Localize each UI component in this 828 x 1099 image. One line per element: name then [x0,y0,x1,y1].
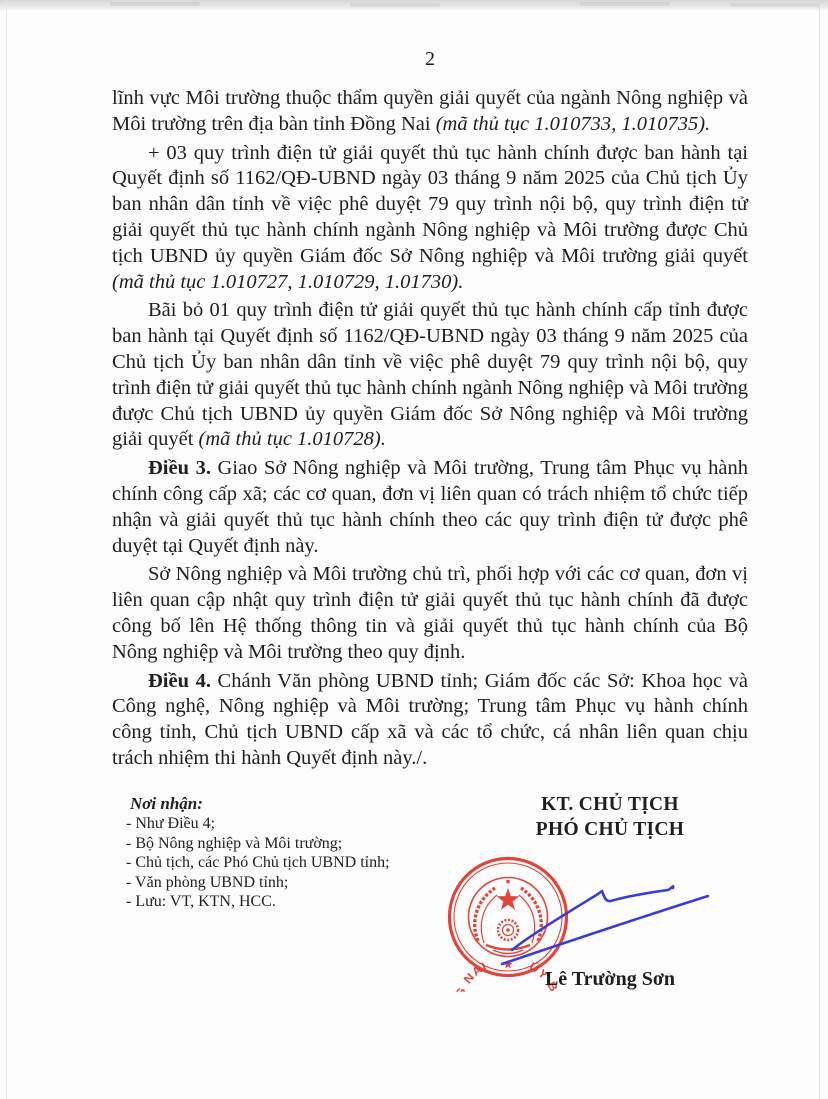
signature [440,850,750,970]
paragraph-continuation: lĩnh vực Môi trường thuộc thẩm quyền giả… [112,86,748,138]
paragraph-article-3: Điều 3. Giao Sở Nông nghiệp và Môi trườn… [112,456,748,559]
paragraph-text: Sở Nông nghiệp và Môi trường chủ trì, ph… [112,563,748,662]
paragraph-abolish: Bãi bỏ 01 quy trình điện tử giải quyết t… [112,298,748,453]
procedure-code-note: (mã thủ tục 1.010728). [199,428,386,450]
paragraph-article-4: Điều 4. Chánh Văn phòng UBND tỉnh; Giám … [112,669,748,772]
scan-edge-left [6,0,7,1099]
paragraph-coordination: Sở Nông nghiệp và Môi trường chủ trì, ph… [112,562,748,665]
recipient-item: - Văn phòng UBND tỉnh; [126,873,390,893]
signer-name: Lê Trường Sơn [478,968,742,991]
page-number: 2 [112,48,748,71]
article-4-label: Điều 4. [148,670,211,692]
document-body: lĩnh vực Môi trường thuộc thẩm quyền giả… [112,86,748,775]
recipient-item: - Chủ tịch, các Phó Chủ tịch UBND tỉnh; [126,853,390,873]
article-3-label: Điều 3. [148,457,211,479]
signer-title-block: KT. CHỦ TỊCH PHÓ CHỦ TỊCH [470,792,750,842]
recipients-list: - Như Điều 4; - Bộ Nông nghiệp và Môi tr… [126,814,390,912]
scanned-document-page: 2 lĩnh vực Môi trường thuộc thẩm quyền g… [0,0,828,1099]
recipients-heading: Nơi nhận: [130,794,203,814]
recipient-item: - Như Điều 4; [126,814,390,834]
procedure-code-note: (mã thủ tục 1.010733, 1.010735). [436,113,710,135]
scan-edge-right [819,0,820,1099]
paragraph-text: + 03 quy trình điện tử giải quyết thủ tụ… [112,142,748,267]
recipient-item: - Lưu: VT, KTN, HCC. [126,892,390,912]
scan-edge-top [0,0,828,10]
signature-stroke-upper [512,886,673,950]
procedure-code-note: (mã thủ tục 1.010727, 1.010729, 1.01730)… [112,271,463,293]
signer-title-line1: KT. CHỦ TỊCH [470,792,750,817]
signer-title-line2: PHÓ CHỦ TỊCH [470,817,750,842]
recipient-item: - Bộ Nông nghiệp và Môi trường; [126,834,390,854]
paragraph-bullet-processes: + 03 quy trình điện tử giải quyết thủ tụ… [112,141,748,296]
signature-stroke-lower [502,896,708,964]
